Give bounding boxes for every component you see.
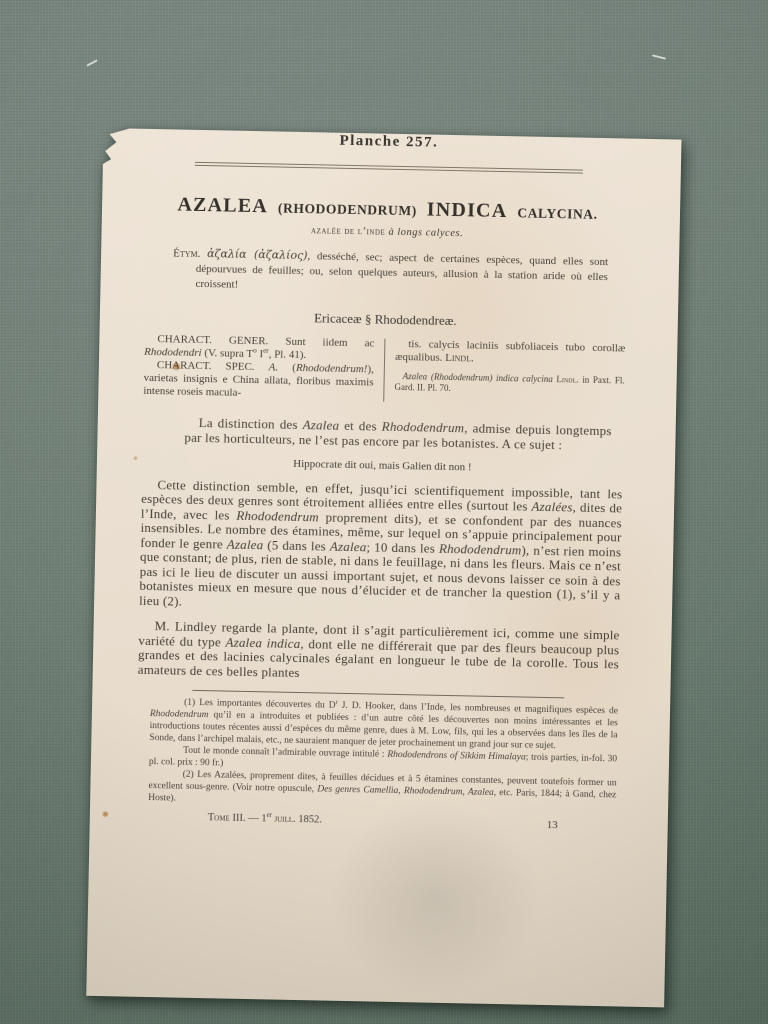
paper-sheet: Planche 257. AZALEA (RHODODENDRUM) INDIC… [86,128,681,1007]
title-subtitle: azalée de l’inde à longs calyces. [147,222,628,243]
title-genus: AZALEA [177,193,268,217]
body-paragraph-2: M. Lindley regarde la plante, dont il s’… [138,619,620,687]
double-rule [194,162,582,174]
footnotes-block: (1) Les importantes découvertes du Dr J.… [148,697,618,814]
charact-spec-paragraph: CHARACT. SPEC. A. (Rhododendrum!), varie… [143,359,374,403]
footnote-rule [192,690,564,698]
family-heading: Ericaceæ § Rhododendreæ. [145,307,626,333]
title-species: INDICA [427,198,508,222]
photo-background: Planche 257. AZALEA (RHODODENDRUM) INDIC… [0,0,768,1024]
document-page: Planche 257. AZALEA (RHODODENDRUM) INDIC… [88,60,683,939]
epigraph: Hippocrate dit oui, mais Galien dit non … [142,455,623,477]
page-title: AZALEA (RHODODENDRUM) INDICA CALYCINA. [147,193,628,226]
page-footer: Tome III. — 1er juill. 1852. 13 [135,811,616,833]
characteristics-section: CHARACT. GENER. Sunt iidem ac Rhododendr… [143,333,625,408]
etymology-paragraph: Étym. ἀζαλία (ἀζαλίος), desséché, sec; a… [195,247,608,300]
synonymy-citation: Azalea (Rhododendrum) indica calycina Li… [394,371,624,398]
title-variety: CALYCINA. [517,205,598,222]
charact-left-column: CHARACT. GENER. Sunt iidem ac Rhododendr… [143,333,384,403]
charact-right-column: tis. calycis laciniis subfoliaceis tubo … [384,338,625,408]
title-synonym: (RHODODENDRUM) [278,201,417,219]
plate-heading: Planche 257. [148,129,629,156]
intro-paragraph: La distinction des Azalea et des Rhodode… [184,416,612,454]
page-content: Planche 257. AZALEA (RHODODENDRUM) INDIC… [90,128,682,834]
charact-continuation-paragraph: tis. calycis laciniis subfoliaceis tubo … [395,338,625,369]
body-paragraph-1: Cette distinction semble, en effet, jusq… [139,478,623,618]
volume-date: Tome III. — 1er juill. 1852. [208,813,322,827]
page-number: 13 [547,819,558,831]
fabric-fiber [86,59,98,66]
fabric-fiber [652,54,666,59]
